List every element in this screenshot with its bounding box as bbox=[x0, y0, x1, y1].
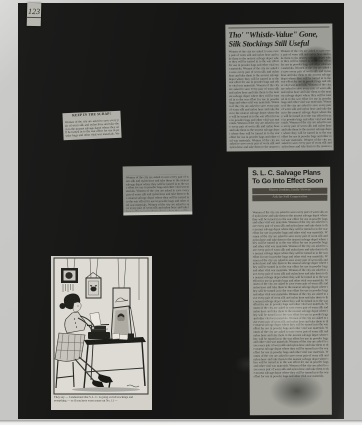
cartoon-caption: They say — I understand that S. L. C. is… bbox=[54, 396, 149, 408]
column-rule bbox=[228, 26, 329, 28]
article-column-left: Women of the city are asked to save ever… bbox=[229, 50, 280, 150]
scan-edge bbox=[0, 420, 362, 425]
keep-scrap-body: Women of the city are asked to save ever… bbox=[65, 119, 120, 138]
hosiery-body: Women of the city are asked to save ever… bbox=[126, 176, 189, 212]
salvage-headline-line2: To Go Into Effect Soon bbox=[252, 178, 327, 187]
article-column-right: Women of the city are asked to save ever… bbox=[281, 49, 332, 149]
salvage-subhead-line2: Ask for Full Cooperation bbox=[252, 195, 327, 202]
page-number: 123 bbox=[27, 7, 41, 18]
clipping-salvage-plans-article: S. L. C. Salvage Plans To Go Into Effect… bbox=[248, 167, 332, 416]
article-columns: Women of the city are asked to save ever… bbox=[229, 49, 331, 149]
page-number-label: 123 bbox=[27, 3, 42, 26]
hosiery-headline: HOSIERY DEPOT PLANNED bbox=[126, 168, 189, 176]
caption-line2: everything — so if you have worn yours o… bbox=[54, 399, 149, 402]
salvage-body: Women of the city are asked to save ever… bbox=[252, 211, 328, 414]
clipping-whistle-value-article: Tho' "Whistle-Value" Gone, Silk Stocking… bbox=[225, 23, 333, 151]
salvage-subhead-highlighted: Mayor Jenkins, Emily Stevens Ask for Ful… bbox=[252, 188, 327, 202]
clipping-hosiery-depot: HOSIERY DEPOT PLANNED Women of the city … bbox=[123, 166, 193, 216]
salvage-subhead-line1: Mayor Jenkins, Emily Stevens bbox=[252, 188, 327, 195]
whistle-headline-line2: Silk Stockings Still Useful bbox=[228, 38, 329, 48]
clipping-keep-scrap: KEEP IN THE SCRAP! Women of the city are… bbox=[62, 111, 121, 141]
clipping-cartoon: They say — I understand that S. L. C. is… bbox=[51, 256, 152, 410]
scanned-scrapbook-photo: 123 KEEP IN THE SCRAP! Women of the city… bbox=[0, 0, 362, 425]
cartoon-illustration bbox=[51, 256, 152, 410]
